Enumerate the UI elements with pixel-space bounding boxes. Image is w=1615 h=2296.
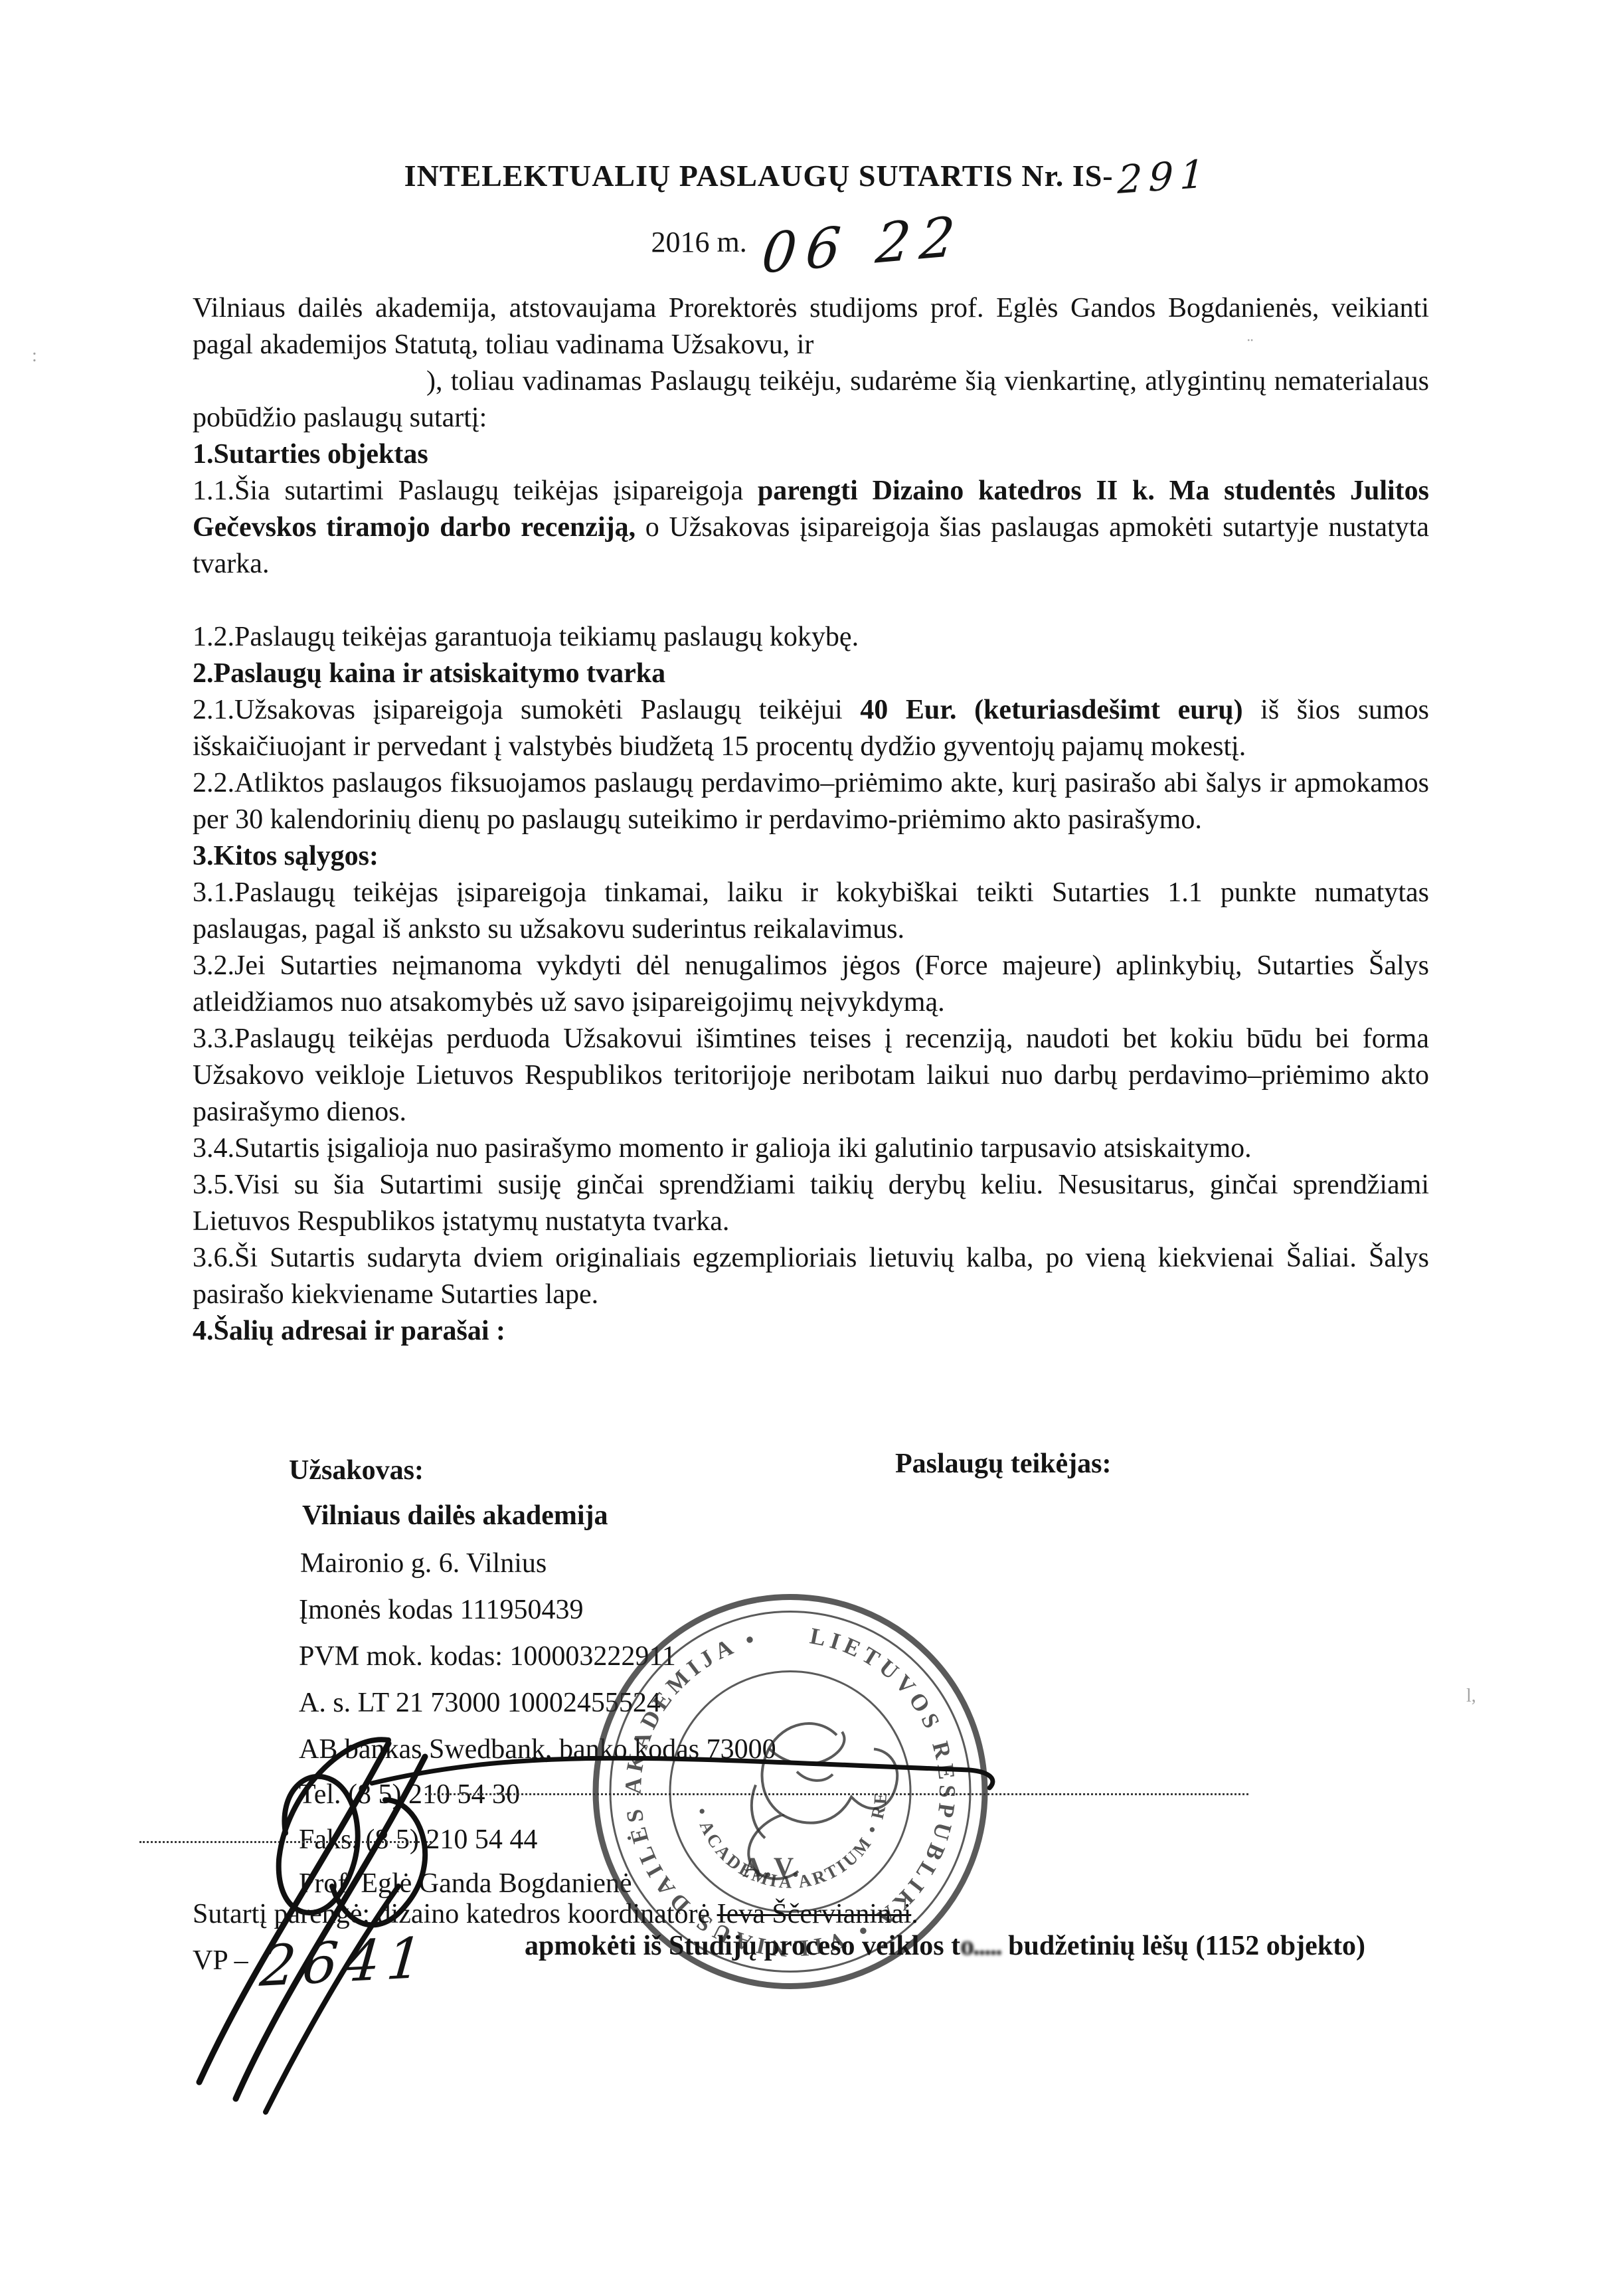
clause-3-1: 3.1.Paslaugų teikėjas įsipareigoja tinka… — [193, 875, 1429, 948]
clause-3-4: 3.4.Sutartis įsigalioja nuo pasirašymo m… — [193, 1130, 1429, 1167]
prepared-by-name-struck: Ieva Ščervianinai — [717, 1899, 912, 1929]
provider-label: Paslaugų teikėjas: — [895, 1448, 1112, 1480]
customer-company-code: Įmonės kodas 111950439 — [299, 1594, 584, 1626]
funding-note: apmokėti iš Studijų proceso veiklos to..… — [525, 1930, 1365, 1962]
prepared-by-suffix: . — [911, 1899, 918, 1929]
date-printed: 2016 m. — [651, 226, 747, 258]
clause-1-1-pre: 1.1.Šia sutartimi Paslaugų teikėjas įsip… — [193, 476, 758, 506]
clause-2-1-pre: 2.1.Užsakovas įsipareigoja sumokėti Pasl… — [193, 695, 860, 725]
customer-label: Užsakovas: — [289, 1455, 424, 1486]
clause-1-1: 1.1.Šia sutartimi Paslaugų teikėjas įsip… — [193, 473, 1429, 582]
clause-3-3: 3.3.Paslaugų teikėjas perduoda Užsakovui… — [193, 1021, 1429, 1130]
clause-2-1-bold: 40 Eur. (keturiasdešimt eurų) — [860, 695, 1242, 725]
clause-3-5: 3.5.Visi su šia Sutartimi susiję ginčai … — [193, 1167, 1429, 1240]
scan-artifact-after-intro: ¨ — [1247, 335, 1253, 357]
clause-3-2: 3.2.Jei Sutarties neįmanoma vykdyti dėl … — [193, 948, 1429, 1021]
prepared-by-prefix: Sutartį parengė: dizaino katedros koordi… — [193, 1899, 717, 1929]
section-3-heading: 3.Kitos sąlygos: — [193, 838, 1429, 875]
customer-address: Maironio g. 6. Vilnius — [300, 1547, 547, 1579]
intro-paragraph-1: Vilniaus dailės akademija, atstovaujama … — [193, 290, 1429, 363]
section-2-heading: 2.Paslaugų kaina ir atsiskaitymo tvarka — [193, 656, 1429, 692]
clause-2-1: 2.1.Užsakovas įsipareigoja sumokėti Pasl… — [193, 692, 1429, 765]
date-line: 2016 m.06 22 — [0, 214, 1615, 277]
funding-smudge: o..... — [960, 1931, 1001, 1961]
customer-name: Vilniaus dailės akademija — [302, 1500, 608, 1532]
date-handwritten: 06 22 — [759, 205, 966, 286]
vp-number-handwritten: 2641 — [258, 1925, 432, 1999]
clause-1-2: 1.2.Paslaugų teikėjas garantuoja teikiam… — [193, 619, 1429, 656]
section-1-heading: 1.Sutarties objektas — [193, 436, 1429, 473]
contract-body: Vilniaus dailės akademija, atstovaujama … — [193, 290, 1429, 1350]
prepared-by-line: Sutartį parengė: dizaino katedros koordi… — [193, 1898, 918, 1930]
spacer — [193, 582, 1429, 619]
section-4-heading: 4.Šalių adresai ir parašai : — [193, 1313, 1429, 1350]
scan-artifact-left-margin: : — [32, 345, 37, 367]
clause-2-2: 2.2.Atliktos paslaugos fiksuojamos pasla… — [193, 765, 1429, 838]
intro-paragraph-2: ), toliau vadinamas Paslaugų teikėju, su… — [193, 363, 1429, 436]
page-title: INTELEKTUALIŲ PASLAUGŲ SUTARTIS Nr. IS-2… — [0, 154, 1615, 199]
scan-artifact-right-stamp: l, — [1466, 1686, 1476, 1707]
clause-3-6: 3.6.Ši Sutartis sudaryta dviem originali… — [193, 1240, 1429, 1313]
vp-label: VP – — [193, 1945, 248, 1977]
contract-page: INTELEKTUALIŲ PASLAUGŲ SUTARTIS Nr. IS-2… — [0, 0, 1615, 2296]
funding-post: budžetinių lėšų (1152 objekto) — [1001, 1931, 1365, 1961]
funding-pre: apmokėti iš Studijų proceso veiklos t — [525, 1931, 960, 1961]
title-printed: INTELEKTUALIŲ PASLAUGŲ SUTARTIS Nr. IS- — [404, 159, 1114, 193]
title-handwritten-number: 291 — [1117, 151, 1212, 203]
